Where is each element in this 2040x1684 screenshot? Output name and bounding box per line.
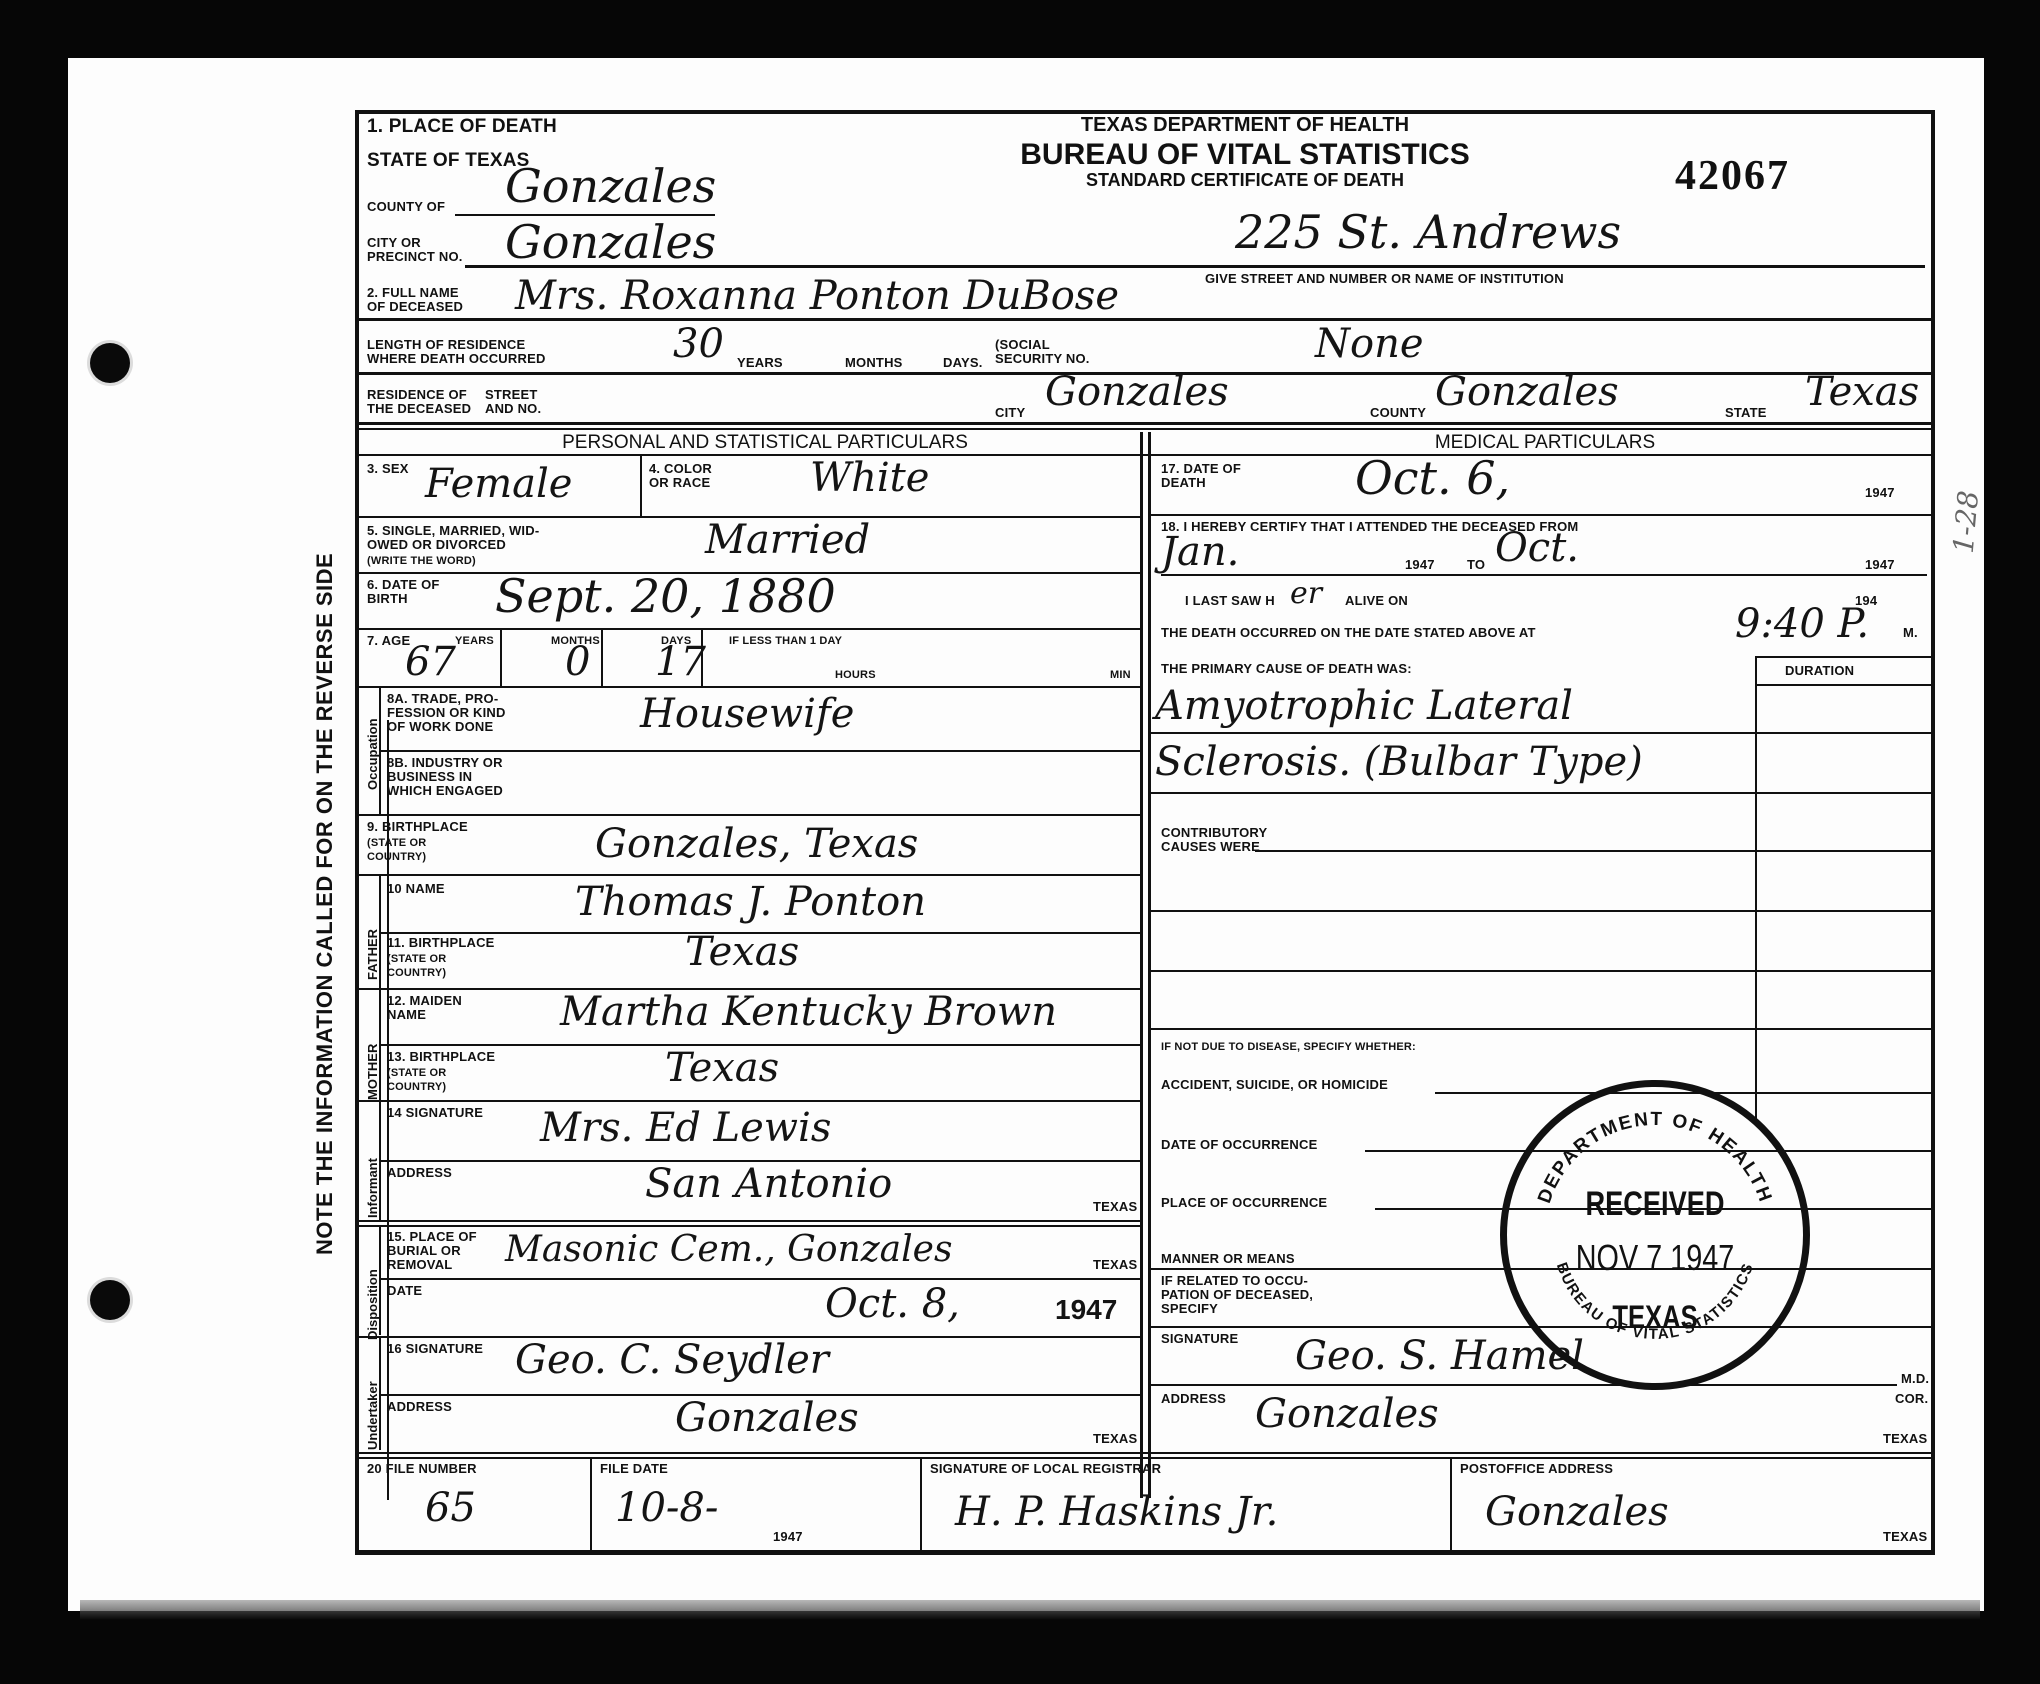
residence-county-label: COUNTY	[1370, 406, 1426, 420]
postoffice-label: POSTOFFICE ADDRESS	[1460, 1462, 1613, 1476]
cause-line-1	[1151, 732, 1931, 734]
primary-cause-line2: Sclerosis. (Bulbar Type)	[1155, 740, 1643, 784]
city-value: Gonzales	[505, 220, 716, 264]
mother-group-label: MOTHER	[365, 1044, 380, 1100]
attended-to-year: 1947	[1865, 558, 1895, 572]
row-line-6	[355, 814, 1141, 816]
days-label: DAYS.	[943, 356, 983, 370]
less-than-day-label: IF LESS THAN 1 DAY	[729, 634, 842, 648]
birthplace-value: Gonzales, Texas	[595, 822, 918, 866]
dob-value: Sept. 20, 1880	[495, 574, 836, 618]
age-years-value: 67	[405, 640, 456, 684]
duration-column-line	[1755, 656, 1757, 1120]
birthplace-label: 9. BIRTHPLACE	[367, 820, 468, 834]
burial-texas-suffix: TEXAS	[1093, 1258, 1137, 1272]
undertaker-group-label: Undertaker	[365, 1381, 380, 1450]
residence-city-value: Gonzales	[1045, 370, 1229, 414]
marital-sub-label: (WRITE THE WORD)	[367, 554, 476, 568]
full-name-value: Mrs. Roxanna Ponton DuBose	[515, 274, 1119, 318]
file-number-value: 65	[425, 1486, 476, 1530]
date-occurrence-label: DATE OF OCCURRENCE	[1161, 1138, 1317, 1152]
residence-county-value: Gonzales	[1435, 370, 1619, 414]
attended-from-year: 1947	[1405, 558, 1435, 572]
row-line-4	[355, 686, 1141, 688]
stamp-date: NOV 7 1947	[1537, 1237, 1774, 1279]
full-name-label: 2. FULL NAME OF DECEASED	[367, 286, 463, 314]
sex-race-divider	[640, 456, 642, 516]
residence-line-1	[355, 422, 1935, 425]
mother-maiden-label: 12. MAIDEN NAME	[387, 994, 462, 1022]
race-value: White	[810, 456, 929, 500]
residence-length-label: LENGTH OF RESIDENCE WHERE DEATH OCCURRED	[367, 338, 546, 366]
physician-address: Gonzales	[1255, 1392, 1439, 1436]
last-saw-label: I LAST SAW H	[1185, 594, 1275, 608]
duration-box-top	[1755, 656, 1931, 658]
age-years-label: YEARS	[455, 634, 494, 648]
death-time-label: THE DEATH OCCURRED ON THE DATE STATED AB…	[1161, 626, 1536, 640]
undertaker-texas-suffix: TEXAS	[1093, 1432, 1137, 1446]
cause-line-2	[1151, 792, 1931, 794]
sex-value: Female	[425, 462, 572, 506]
registrar-line-a	[355, 1452, 1935, 1454]
age-divider-3	[701, 630, 703, 686]
section-header-line	[355, 454, 1935, 456]
primary-cause-label: THE PRIMARY CAUSE OF DEATH WAS:	[1161, 662, 1412, 676]
place-of-death-label: 1. PLACE OF DEATH	[367, 116, 557, 137]
father-birthplace-label: 11. BIRTHPLACE	[387, 936, 495, 950]
file-number-label: 20 FILE NUMBER	[367, 1462, 477, 1476]
contributory-line-2	[1151, 910, 1931, 912]
social-security-label: (SOCIAL SECURITY NO.	[995, 338, 1090, 366]
undertaker-address: Gonzales	[675, 1396, 859, 1440]
registrar-divider-3	[1450, 1459, 1452, 1551]
death-date-value: Oct. 6,	[1355, 456, 1510, 500]
months-label: MONTHS	[845, 356, 903, 370]
mother-birthplace-label: 13. BIRTHPLACE	[387, 1050, 495, 1064]
registrar-divider-1	[590, 1459, 592, 1551]
age-label: 7. AGE	[367, 634, 410, 648]
race-label: 4. COLOR OR RACE	[649, 462, 712, 490]
personal-section-title: PERSONAL AND STATISTICAL PARTICULARS	[395, 432, 1135, 454]
residence-city-label: CITY	[995, 406, 1025, 420]
row-line-7	[355, 874, 1141, 876]
disposition-group-label: Disposition	[365, 1269, 380, 1340]
frame-right	[1931, 110, 1935, 1554]
burial-date-label: DATE	[387, 1284, 422, 1298]
city-label: CITY OR PRECINCT NO.	[367, 236, 463, 264]
registrar-divider-2	[920, 1459, 922, 1551]
received-stamp: DEPARTMENT OF HEALTH BUREAU OF VITAL STA…	[1500, 1080, 1810, 1390]
burial-label: 15. PLACE OF BURIAL OR REMOVAL	[387, 1230, 477, 1272]
registrar-signature: H. P. Haskins Jr.	[955, 1490, 1278, 1534]
row-line-11	[355, 1100, 1141, 1102]
certificate-title: STANDARD CERTIFICATE OF DEATH	[915, 170, 1575, 191]
informant-signature-label: 14 SIGNATURE	[387, 1106, 483, 1120]
primary-cause-line1: Amyotrophic Lateral	[1155, 684, 1573, 728]
not-disease-label: IF NOT DUE TO DISEASE, SPECIFY WHETHER:	[1161, 1040, 1416, 1054]
street-label: GIVE STREET AND NUMBER OR NAME OF INSTIT…	[1205, 272, 1564, 286]
informant-signature: Mrs. Ed Lewis	[540, 1106, 831, 1150]
physician-signature-label: SIGNATURE	[1161, 1332, 1238, 1346]
file-date-label: FILE DATE	[600, 1462, 668, 1476]
row-line-14	[379, 1278, 1141, 1280]
min-label: MIN	[1110, 668, 1131, 682]
residence-state-value: Texas	[1805, 370, 1919, 414]
accident-label: ACCIDENT, SUICIDE, OR HOMICIDE	[1161, 1078, 1388, 1092]
dob-label: 6. DATE OF BIRTH	[367, 578, 440, 606]
row-line-5	[379, 750, 1141, 752]
age-divider-1	[500, 630, 502, 686]
industry-label: 8B. INDUSTRY OR BUSINESS IN WHICH ENGAGE…	[387, 756, 503, 798]
occupation-related-label: IF RELATED TO OCCU- PATION OF DECEASED, …	[1161, 1274, 1313, 1316]
burial-date-value: Oct. 8,	[825, 1282, 960, 1326]
stamp-ring-text: DEPARTMENT OF HEALTH BUREAU OF VITAL STA…	[1507, 1087, 1803, 1383]
burial-year: 1947	[1055, 1288, 1117, 1332]
informant-address: San Antonio	[645, 1162, 892, 1206]
undertaker-signature: Geo. C. Seydler	[515, 1338, 829, 1382]
stamp-state: TEXAS	[1537, 1299, 1774, 1336]
file-date-value: 10-8-	[615, 1486, 718, 1530]
paper-shadow	[80, 1600, 1980, 1620]
attended-to: Oct.	[1495, 526, 1579, 570]
death-year: 1947	[1865, 486, 1895, 500]
informant-texas-suffix: TEXAS	[1093, 1200, 1137, 1214]
father-group-label: FATHER	[365, 929, 380, 980]
age-divider-2	[601, 630, 603, 686]
stamp-received: RECEIVED	[1537, 1185, 1774, 1224]
contributory-line-3	[1151, 970, 1931, 972]
sex-label: 3. SEX	[367, 462, 409, 476]
death-date-label: 17. DATE OF DEATH	[1161, 462, 1241, 490]
duration-header-line	[1755, 684, 1931, 686]
row-line-13a	[355, 1220, 1141, 1222]
occupation-group-label: Occupation	[365, 718, 380, 790]
place-occurrence-label: PLACE OF OCCURRENCE	[1161, 1196, 1327, 1210]
marital-value: Married	[705, 518, 870, 562]
file-year: 1947	[773, 1530, 803, 1544]
md-label: M.D.	[1901, 1372, 1929, 1386]
mother-maiden-value: Martha Kentucky Brown	[560, 990, 1057, 1034]
contributory-line-4	[1151, 1028, 1931, 1030]
father-birthplace-sub-label: (STATE OR COUNTRY)	[387, 952, 446, 980]
certificate-number: 42067	[1675, 152, 1790, 200]
years-label: YEARS	[737, 356, 783, 370]
contributory-line-1	[1255, 850, 1931, 852]
trade-label: 8A. TRADE, PRO- FESSION OR KIND OF WORK …	[387, 692, 506, 734]
physician-signature-line	[1151, 1384, 1897, 1386]
registrar-line-b	[355, 1457, 1935, 1459]
county-label: COUNTY OF	[367, 200, 445, 214]
undertaker-address-label: ADDRESS	[387, 1400, 452, 1414]
age-months-label: MONTHS	[551, 634, 600, 648]
contributory-label: CONTRIBUTORY CAUSES WERE	[1161, 826, 1267, 854]
residence-state-label: STATE	[1725, 406, 1767, 420]
physician-texas-suffix: TEXAS	[1883, 1432, 1927, 1446]
mother-birthplace-sub-label: (STATE OR COUNTRY)	[387, 1066, 446, 1094]
death-time-value: 9:40 P.	[1735, 602, 1869, 646]
attended-from: Jan.	[1161, 530, 1239, 574]
undertaker-signature-label: 16 SIGNATURE	[387, 1342, 483, 1356]
row-line-13b	[355, 1225, 1141, 1227]
punch-hole-bottom	[90, 1280, 130, 1320]
center-divider-a	[1140, 432, 1143, 1498]
last-saw-fill: er	[1290, 572, 1322, 616]
dept-title: TEXAS DEPARTMENT OF HEALTH	[915, 114, 1575, 137]
mother-birthplace-value: Texas	[665, 1046, 779, 1090]
frame-bottom	[355, 1550, 1935, 1555]
physician-address-label: ADDRESS	[1161, 1392, 1226, 1406]
med-line-2	[1161, 574, 1927, 576]
alive-on-label: ALIVE ON	[1345, 594, 1408, 608]
residence-street-label: STREET AND NO.	[485, 388, 541, 416]
center-divider-b	[1148, 432, 1151, 1498]
county-value: Gonzales	[505, 164, 716, 208]
postoffice-texas-suffix: TEXAS	[1883, 1530, 1927, 1544]
punch-hole-top	[90, 343, 130, 383]
bureau-title: BUREAU OF VITAL STATISTICS	[915, 138, 1575, 172]
registrar-signature-label: SIGNATURE OF LOCAL REGISTRAR	[930, 1462, 1161, 1476]
cor-label: COR.	[1895, 1392, 1928, 1406]
father-name-label: 10 NAME	[387, 882, 445, 896]
age-days-label: DAYS	[661, 634, 691, 648]
disposition-group-line	[379, 1227, 381, 1335]
trade-value: Housewife	[640, 692, 854, 736]
med-line-1	[1151, 514, 1935, 516]
burial-value: Masonic Cem., Gonzales	[505, 1228, 952, 1272]
residence-label: RESIDENCE OF THE DECEASED	[367, 388, 471, 416]
row-line-3	[355, 628, 1141, 630]
residence-years: 30	[673, 322, 724, 366]
social-security-value: None	[1315, 322, 1424, 366]
father-birthplace-value: Texas	[685, 930, 799, 974]
medical-section-title: MEDICAL PARTICULARS	[1155, 432, 1935, 454]
informant-group-label: Informant	[365, 1158, 380, 1218]
marital-label: 5. SINGLE, MARRIED, WID- OWED OR DIVORCE…	[367, 524, 539, 552]
margin-note: 1-28	[1942, 489, 1991, 556]
to-label: TO	[1467, 558, 1485, 572]
informant-address-label: ADDRESS	[387, 1166, 452, 1180]
manner-label: MANNER OR MEANS	[1161, 1252, 1295, 1266]
father-name-value: Thomas J. Ponton	[575, 880, 926, 924]
hours-label: HOURS	[835, 668, 876, 682]
postoffice-value: Gonzales	[1485, 1490, 1669, 1534]
side-note: NOTE THE INFORMATION CALLED FOR ON THE R…	[312, 553, 338, 1255]
birthplace-sub-label: (STATE OR COUNTRY)	[367, 836, 426, 864]
death-time-suffix: M.	[1903, 626, 1918, 640]
residence-line-2	[355, 428, 1935, 430]
duration-label: DURATION	[1785, 664, 1854, 678]
street-value: 225 St. Andrews	[1235, 210, 1621, 254]
